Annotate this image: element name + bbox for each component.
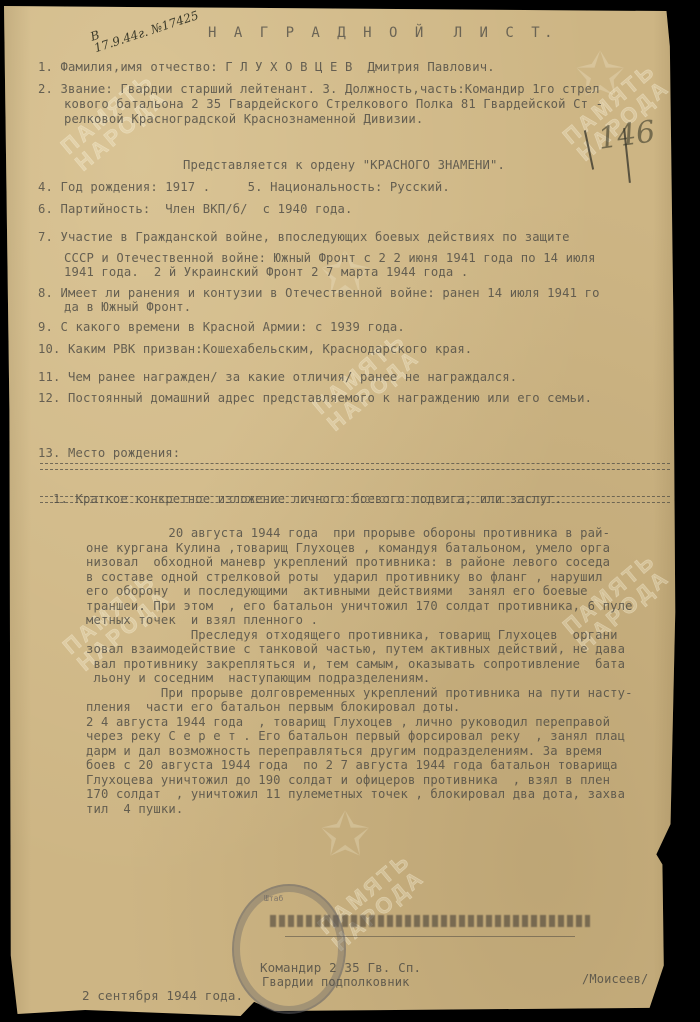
- narrative-line: через реку С е р е т . Его батальон перв…: [86, 729, 633, 744]
- narrative-line: метных точек и взял пленного .: [86, 613, 633, 628]
- field-unit: кового батальона 2 35 Гвардейского Стрел…: [64, 97, 603, 111]
- field-number: 6.: [38, 202, 53, 216]
- narrative-line: Преследуя отходящего противника, товарищ…: [86, 628, 633, 643]
- unit-seal-stamp: Штаб: [232, 884, 346, 1014]
- signer-title: Командир 2 35 Гв. Сп.: [260, 960, 421, 975]
- presented-for-order: Представляется к ордену "КРАСНОГО ЗНАМЕН…: [183, 158, 505, 172]
- field-number: 8.: [38, 286, 53, 300]
- narrative-line: вал противнику закрепляться и, тем самым…: [86, 657, 633, 672]
- field-birthplace: Место рождения:: [68, 446, 180, 460]
- field-war-participation: Участие в Гражданской войне, впоследующи…: [60, 230, 569, 244]
- narrative-line: низовал обходной маневр укреплений проти…: [86, 555, 633, 570]
- narrative-line: его оборону и последующими активными дей…: [86, 584, 633, 599]
- field-number: 7.: [38, 230, 53, 244]
- signer-name: /Моисеев/: [582, 972, 648, 986]
- field-number: 12.: [38, 391, 60, 405]
- divider-rule: [40, 463, 670, 470]
- narrative-line: льону и соседним наступающим подразделен…: [86, 671, 633, 686]
- narrative-line: оне кургана Кулина ,товарищ Глухоцев , к…: [86, 541, 633, 556]
- field-party: Партийность: Член ВКП/б/ с 1940 года.: [60, 202, 352, 216]
- narrative-line: траншеи. При этом , его батальон уничтож…: [86, 599, 633, 614]
- field-division: релковой Красноградской Краснознаменной …: [64, 112, 423, 126]
- field-draft-office: Каким РВК призван:Кошехабельским, Красно…: [68, 342, 472, 356]
- field-number: 2.: [38, 82, 53, 96]
- field-war-participation-cont: СССР и Отечественной войне: Южный Фронт …: [64, 251, 596, 265]
- field-block: 1. Фамилия,имя отчество: Г Л У Х О В Ц Е…: [38, 60, 53, 130]
- narrative-line: в составе одной стрелковой роты ударил п…: [86, 570, 633, 585]
- document-title: Н А Г Р А Д Н О Й Л И С Т.: [208, 25, 557, 41]
- feat-narrative: 20 августа 1944 года при прорыве обороны…: [86, 526, 633, 816]
- field-number: 4.: [38, 180, 53, 194]
- field-full-name: Фамилия,имя отчество: Г Л У Х О В Ц Е В …: [60, 60, 494, 74]
- field-birth-year-nationality: Год рождения: 1917 . 5. Национальность: …: [60, 180, 449, 194]
- field-number: 1.: [38, 60, 53, 74]
- field-number: 9.: [38, 320, 53, 334]
- field-previous-awards: Чем ранее награжден/ за какие отличия/ р…: [68, 370, 517, 384]
- field-home-address: Постоянный домашний адрес представляемог…: [68, 391, 592, 405]
- field-wounds: Имеет ли ранения и контузии в Отечествен…: [60, 286, 599, 300]
- divider-rule: [40, 496, 670, 503]
- narrative-line: При прорыве долговременных укреплений пр…: [86, 686, 633, 701]
- narrative-line: Глухоцева уничтожил до 190 солдат и офиц…: [86, 773, 633, 788]
- field-number: 10.: [38, 342, 60, 356]
- field-number: 13.: [38, 446, 60, 460]
- narrative-line: 2 4 августа 1944 года , товарищ Глухоцев…: [86, 715, 633, 730]
- narrative-line: пления части его батальон первым блокиро…: [86, 700, 633, 715]
- narrative-line: 170 солдат , уничтожил 11 пулеметных точ…: [86, 787, 633, 802]
- field-war-participation-cont: 1941 года. 2 й Украинский Фронт 2 7 март…: [64, 265, 468, 279]
- narrative-line: зовал взаимодействие с танковой частью, …: [86, 642, 633, 657]
- narrative-line: боев с 20 августа 1944 года по 2 7 авгус…: [86, 758, 633, 773]
- signer-rank: Гвардии подполковник: [262, 975, 410, 989]
- field-service-since: С какого времени в Красной Армии: с 1939…: [60, 320, 404, 334]
- narrative-line: тил 4 пушки.: [86, 802, 633, 817]
- field-wounds-cont: да в Южный Фронт.: [64, 300, 191, 314]
- field-block-personal: 4. Год рождения: 1917 . 5. Национальност…: [38, 180, 53, 362]
- field-rank-position: Звание: Гвардии старший лейтенант. 3. До…: [60, 82, 599, 96]
- narrative-line: 20 августа 1944 года при прорыве обороны…: [86, 526, 633, 541]
- signature-date: 2 сентября 1944 года.: [82, 988, 243, 1003]
- field-number: 11.: [38, 370, 60, 384]
- narrative-line: дарм и дал возможность переправляться др…: [86, 744, 633, 759]
